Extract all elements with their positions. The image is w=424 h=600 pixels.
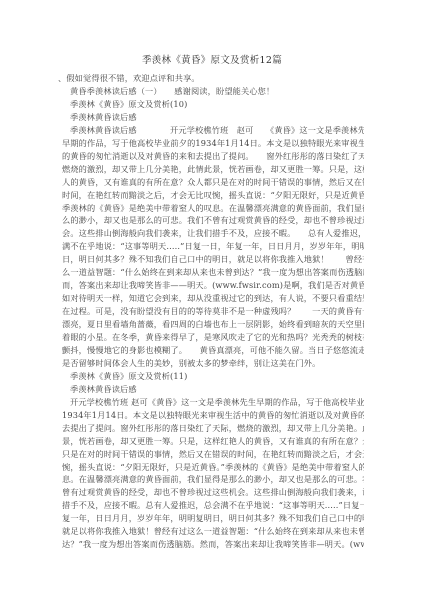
text-line: 季羡林《黄昏》原文及赏析(10) xyxy=(70,98,364,110)
text-line: 着眼的小星。在冬季，黄昏来得早了，是寒风吹走了它的光和热吗？光秃秃的树枝在风中 xyxy=(62,331,364,343)
text-line: 1934年1月14日。本文是以独特眼光来审视生活中的黄昏的匆忙消逝以及对黄昏的来… xyxy=(62,409,364,421)
text-line: 黄昏季羡林读后感（一） 感谢阅读，盼望能关心您！ xyxy=(70,85,364,97)
text-line: 时间，在艳红转而黯淡之后，才会无比叹惋，摇头直说：“夕阳无限好，只是近黄昏。” xyxy=(62,189,364,201)
text-line: 而，答案出来却让我啼笑皆非——明天。(www.fwsir.com)是啊，我们是否… xyxy=(62,279,364,291)
text-line: 曾有过观赏黄昏的经受，却也不曾珍视过这些机会。这些排山倒海般向我们袭来，让我们 xyxy=(62,486,364,498)
text-line: 的黄昏的匆忙消逝以及对黄昏的来和去提出了提问。 窗外红彤彤的落日染红了天际， xyxy=(62,150,364,162)
text-line: 是否留够时间体会人生的美妙，别被太多的梦牵绊，别让这美在门外。 xyxy=(62,357,364,369)
document-page: 季羡林《黄昏》原文及赏析12篇 、假如觉得很不错，欢迎点评和共享。黄昏季羡林读后… xyxy=(0,0,424,600)
text-line: 季羡林黄昏读后感 xyxy=(70,383,364,395)
document-title: 季羡林《黄昏》原文及赏析12篇 xyxy=(0,52,424,66)
text-line: 如对待明天一样，知道它会到来，却从没重视过它的到达，有人说，不要只看重结果，重 xyxy=(62,292,364,304)
text-line: 漂亮，夏日里看墙角蔷薇，看四周的白墙也布上一层阴影，始终看到暗灰的天空里嵌上闪 xyxy=(62,318,364,330)
text-line: 措手不及，应接不暇。总有人爱推迟，总会满不在乎地说：“这事等明天.....”日复… xyxy=(62,499,364,511)
text-line: 开元学校樵竹班 赵可《黄昏》这一文是季羡林先生早期的作品，写于他高校毕业前夕的 xyxy=(70,396,364,408)
text-line: 么的渺小，却又也是那么的可悲。我们不曾有过观赏黄昏的经受，却也不曾珍视过这些机 xyxy=(62,214,364,226)
text-line: 季羡林《黄昏》原文及赏析(11) xyxy=(70,370,364,382)
text-line: 季羡林黄昏读后感 xyxy=(70,111,364,123)
text-line: 燃烧的激烈，却又带上几分美艳，此情此景，恍若画卷，却又更胜一筹。只是，这样红艳 xyxy=(62,163,364,175)
text-line: 在过程。可是，没有盼望没有目的的等待莫非不是一种虚残吗？ 一天的黄昏有一天的 xyxy=(62,305,364,317)
text-line: 景，恍若画卷，却又更胜一筹。只是，这样红艳人的黄昏，又有谁真的有所在意？众人都 xyxy=(62,435,364,447)
text-line: 、假如觉得很不错，欢迎点评和共享。 xyxy=(58,72,360,84)
text-line: 只是在对的时间干错误的事情，然后又在错误的时间，在艳红转而黯淡之后，才会无比叹 xyxy=(62,448,364,460)
text-line: 会。这些排山倒海般向我们袭来，让我们措手不及，应接不暇。 总有人爱推迟，总会 xyxy=(62,227,364,239)
text-line: 复一年，日日月月，岁岁年年，明明复明日，明日何其多？殊不知我们自己口中的明日， xyxy=(62,512,364,524)
text-line: 季羡林黄昏读后感 开元学校樵竹班 赵可 《黄昏》这一文是季羡林先生 xyxy=(70,124,364,136)
text-line: 惋，摇头直说：“夕阳无限好，只是近黄昏。”季羡林的《黄昏》是绝美中带着窒人的叹 xyxy=(62,461,364,473)
text-line: 达？”我一度为想出答案而伤透脑筋。然而，答案出来却让我啼笑皆非—明天。(www.… xyxy=(62,538,364,550)
text-line: 么一道益智题：“什么始终在到来却从来也未曾到达？”我一度为想出答案而伤透脑筋。然 xyxy=(62,266,364,278)
text-line: 就足以将你我推入地狱！曾经有过这么一道益智题：“什么始终在到来却从来也未曾到 xyxy=(62,525,364,537)
text-line: 息。在温馨漂亮满意的黄昏面前，我们显得是那么的渺小，却又也是那么的可悲。我们不 xyxy=(62,473,364,485)
text-line: 颤抖，慢慢地它的身影也模糊了。 黄昏真漂亮，可他不能久留。当日子悠悠流走，你 xyxy=(62,344,364,356)
text-line: 早期的作品，写于他高校毕业前夕的1934年1月14日。本文是以独特眼光来审视生活… xyxy=(62,137,364,149)
text-line: 日，明日何其多？殊不知我们自己口中的明日，就足以将你我推入地狱！ 曾经有过这 xyxy=(62,253,364,265)
text-line: 季羡林的《黄昏》是绝美中带着窒人的叹息。在温馨漂亮满意的黄昏面前，我们显得是那 xyxy=(62,202,364,214)
text-line: 人的黄昏，又有谁真的有所在意？众人都只是在对的时间干错误的事情，然后又在错误的 xyxy=(62,176,364,188)
text-line: 去提出了提问。窗外红彤彤的落日染红了天际，燃烧的激烈，却又带上几分美艳。此情此 xyxy=(62,422,364,434)
text-line: 满不在乎地说：“这事等明天.....”日复一日，年复一年，日日月月，岁岁年年，明… xyxy=(62,240,364,252)
